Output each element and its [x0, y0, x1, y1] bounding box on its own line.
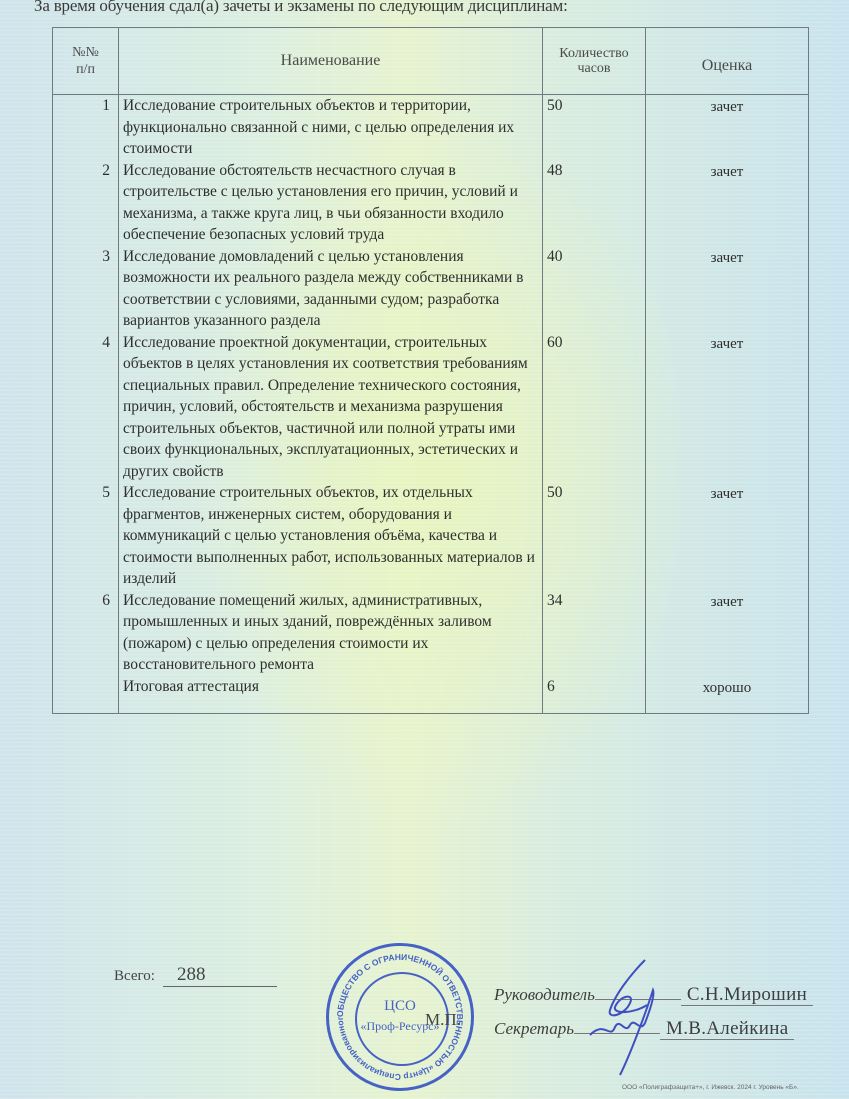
grade-value: хорошо — [646, 676, 809, 714]
grade-value: зачет — [646, 95, 809, 160]
table-row: 5Исследование строительных объектов, их … — [53, 482, 809, 590]
hours-value: 50 — [543, 95, 646, 160]
grade-value: зачет — [646, 590, 809, 676]
discipline-name: Исследование строительных объектов и тер… — [119, 95, 543, 160]
grade-value: зачет — [646, 246, 809, 332]
table-row: 6Исследование помещений жилых, администр… — [53, 590, 809, 676]
row-number: 3 — [53, 246, 119, 332]
row-number: 1 — [53, 95, 119, 160]
discipline-name: Исследование проектной документации, стр… — [119, 332, 543, 483]
row-number: 4 — [53, 332, 119, 483]
signature-name: С.Н.Мирошин — [681, 984, 813, 1006]
hours-value: 34 — [543, 590, 646, 676]
header-number: №№п/п — [53, 28, 119, 95]
hours-value: 40 — [543, 246, 646, 332]
discipline-name: Исследование домовладений с целью устано… — [119, 246, 543, 332]
table-row: Итоговая аттестация6хорошо — [53, 676, 809, 714]
table-row: 4Исследование проектной документации, ст… — [53, 332, 809, 483]
discipline-name: Исследование помещений жилых, администра… — [119, 590, 543, 676]
header-hours: Количествочасов — [543, 28, 646, 95]
total-label: Всего: — [114, 968, 155, 984]
intro-text: За время обучения сдал(а) зачеты и экзам… — [34, 0, 568, 16]
table-row: 1Исследование строительных объектов и те… — [53, 95, 809, 160]
grade-value: зачет — [646, 482, 809, 590]
header-name: Наименование — [119, 28, 543, 95]
hours-value: 50 — [543, 482, 646, 590]
signature-role: Руководитель — [494, 985, 595, 1004]
signature-role: Секретарь — [494, 1019, 574, 1038]
handwritten-signature-icon — [585, 955, 665, 1085]
printer-footer: ООО «Полиграфзащита+», г. Ижевск. 2024 г… — [622, 1084, 799, 1091]
hours-value: 60 — [543, 332, 646, 483]
total-value: 288 — [163, 964, 277, 987]
total-hours: Всего:288 — [114, 964, 277, 987]
disciplines-table: №№п/п Наименование Количествочасов Оценк… — [52, 27, 809, 714]
table-row: 3Исследование домовладений с целью устан… — [53, 246, 809, 332]
discipline-name: Итоговая аттестация — [119, 676, 543, 714]
signature-name: М.В.Алейкина — [660, 1018, 794, 1040]
row-number: 6 — [53, 590, 119, 676]
discipline-name: Исследование обстоятельств несчастного с… — [119, 160, 543, 246]
hours-value: 48 — [543, 160, 646, 246]
table-header: №№п/п Наименование Количествочасов Оценк… — [53, 28, 809, 95]
header-grade: Оценка — [646, 28, 809, 95]
hours-value: 6 — [543, 676, 646, 714]
table-row: 2Исследование обстоятельств несчастного … — [53, 160, 809, 246]
row-number: 2 — [53, 160, 119, 246]
grade-value: зачет — [646, 160, 809, 246]
discipline-name: Исследование строительных объектов, их о… — [119, 482, 543, 590]
grade-value: зачет — [646, 332, 809, 483]
seal-place-label: М.П. — [425, 1010, 461, 1030]
row-number — [53, 676, 119, 714]
row-number: 5 — [53, 482, 119, 590]
